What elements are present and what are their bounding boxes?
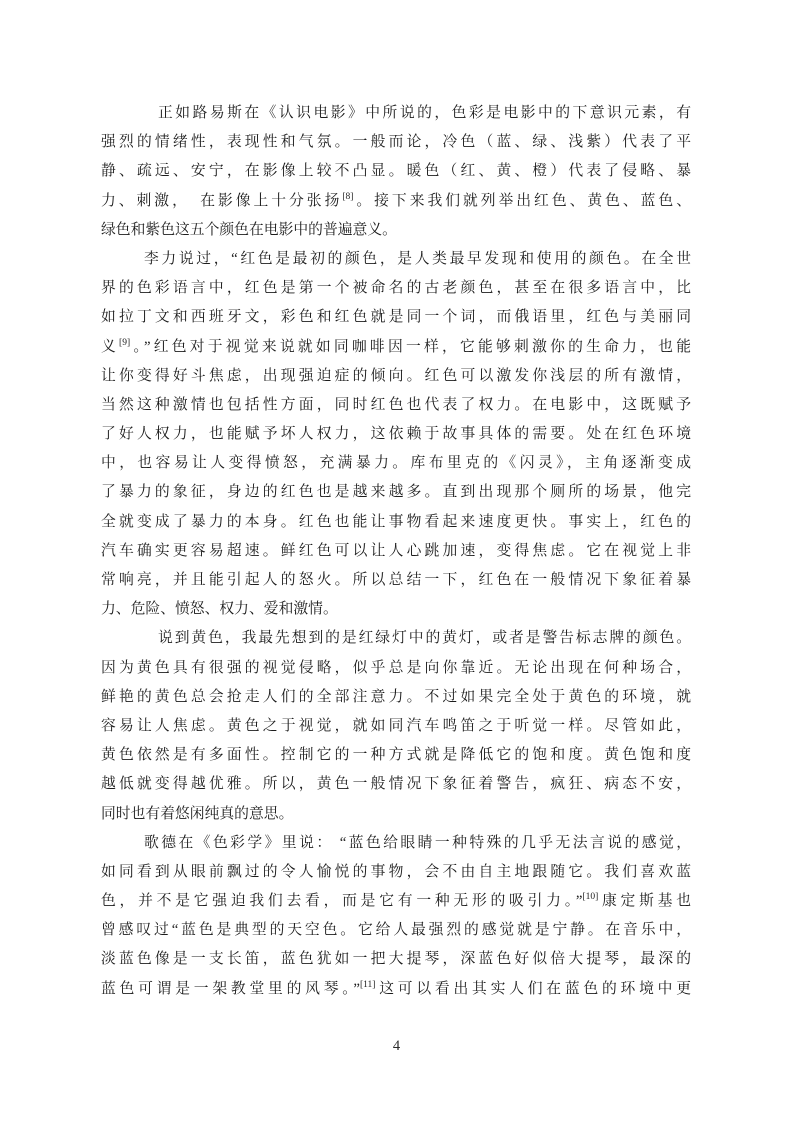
text-line: 淡蓝色像是一支长笛，蓝色犹如一把大提琴，深蓝色好似倍大提琴，最深的 (101, 945, 691, 974)
text-line: 中，也容易让人变得愤怒，充满暴力。库布里克的《闪灵》，主角逐渐变成 (101, 449, 691, 478)
footnote-ref: [10] (582, 892, 598, 902)
text-line: 绿色和紫色这五个颜色在电影中的普遍意义。 (101, 216, 691, 245)
text-line: 容易让人焦虑。黄色之于视觉，就如同汽车鸣笛之于听觉一样。尽管如此， (101, 712, 691, 741)
text-line: 正如路易斯在《认识电影》中所说的，色彩是电影中的下意识元素，有 (101, 99, 691, 128)
text-line: 李力说过，“红色是最初的颜色，是人类最早发现和使用的颜色。在全世 (101, 245, 691, 274)
text-line: 当然这种激情也包括性方面，同时红色也代表了权力。在电影中，这既赋予 (101, 391, 691, 420)
text-line: 色，并不是它强迫我们去看，而是它有一种无形的吸引力。”[10]康定斯基也 (101, 887, 691, 916)
text-line: 黄色依然是有多面性。控制它的一种方式就是降低它的饱和度。黄色饱和度 (101, 741, 691, 770)
footnote-ref: [9] (119, 338, 130, 348)
footnote-ref: [11] (360, 980, 375, 990)
text-line: 曾感叹过“蓝色是典型的天空色。它给人最强烈的感觉就是宁静。在音乐中， (101, 916, 691, 945)
text-line: 同时也有着悠闲纯真的意思。 (101, 800, 691, 829)
document-page: 正如路易斯在《认识电影》中所说的，色彩是电影中的下意识元素，有强烈的情绪性，表现… (0, 0, 793, 1122)
paragraph: 说到黄色，我最先想到的是红绿灯中的黄灯，或者是警告标志牌的颜色。因为黄色具有很强… (101, 624, 691, 828)
paragraph: 歌德在《色彩学》里说： “蓝色给眼睛一种特殊的几乎无法言说的感觉，如同看到从眼前… (101, 829, 691, 1004)
text-line: 力、刺激， 在影像上十分张扬[8]。接下来我们就列举出红色、黄色、蓝色、 (101, 187, 691, 216)
text-line: 歌德在《色彩学》里说： “蓝色给眼睛一种特殊的几乎无法言说的感觉， (101, 829, 691, 858)
paragraph: 正如路易斯在《认识电影》中所说的，色彩是电影中的下意识元素，有强烈的情绪性，表现… (101, 99, 691, 245)
text-line: 汽车确实更容易超速。鲜红色可以让人心跳加速，变得焦虑。它在视觉上非 (101, 537, 691, 566)
text-line: 了暴力的象征，身边的红色也是越来越多。直到出现那个厕所的场景，他完 (101, 478, 691, 507)
text-line: 如拉丁文和西班牙文，彩色和红色就是同一个词，而俄语里，红色与美丽同 (101, 303, 691, 332)
text-line: 全就变成了暴力的本身。红色也能让事物看起来速度更快。事实上，红色的 (101, 508, 691, 537)
text-line: 了好人权力，也能赋予坏人权力，这依赖于故事具体的需要。处在红色环境 (101, 420, 691, 449)
text-line: 强烈的情绪性，表现性和气氛。一般而论，冷色（蓝、绿、浅紫）代表了平 (101, 128, 691, 157)
text-line: 义[9]。”红色对于视觉来说就如同咖啡因一样，它能够刺激你的生命力，也能 (101, 333, 691, 362)
text-line: 说到黄色，我最先想到的是红绿灯中的黄灯，或者是警告标志牌的颜色。 (101, 624, 691, 653)
text-body: 正如路易斯在《认识电影》中所说的，色彩是电影中的下意识元素，有强烈的情绪性，表现… (101, 99, 691, 1004)
text-line: 常响亮，并且能引起人的怒火。所以总结一下，红色在一般情况下象征着暴 (101, 566, 691, 595)
text-line: 鲜艳的黄色总会抢走人们的全部注意力。不过如果完全处于黄色的环境，就 (101, 683, 691, 712)
footnote-ref: [8] (342, 192, 353, 202)
text-line: 越低就变得越优雅。所以，黄色一般情况下象征着警告，疯狂、病态不安， (101, 770, 691, 799)
text-line: 因为黄色具有很强的视觉侵略，似乎总是向你靠近。无论出现在何种场合， (101, 654, 691, 683)
text-line: 让你变得好斗焦虑，出现强迫症的倾向。红色可以激发你浅层的所有激情， (101, 362, 691, 391)
paragraph: 李力说过，“红色是最初的颜色，是人类最早发现和使用的颜色。在全世界的色彩语言中，… (101, 245, 691, 624)
text-line: 力、危险、愤怒、权力、爱和激情。 (101, 595, 691, 624)
text-line: 蓝色可谓是一架教堂里的风琴。”[11]这可以看出其实人们在蓝色的环境中更 (101, 975, 691, 1004)
text-line: 界的色彩语言中，红色是第一个被命名的古老颜色，甚至在很多语言中，比 (101, 274, 691, 303)
text-line: 如同看到从眼前飘过的令人愉悦的事物，会不由自主地跟随它。我们喜欢蓝 (101, 858, 691, 887)
page-number: 4 (0, 1038, 793, 1055)
text-line: 静、疏远、安宁，在影像上较不凸显。暖色（红、黄、橙）代表了侵略、暴 (101, 157, 691, 186)
